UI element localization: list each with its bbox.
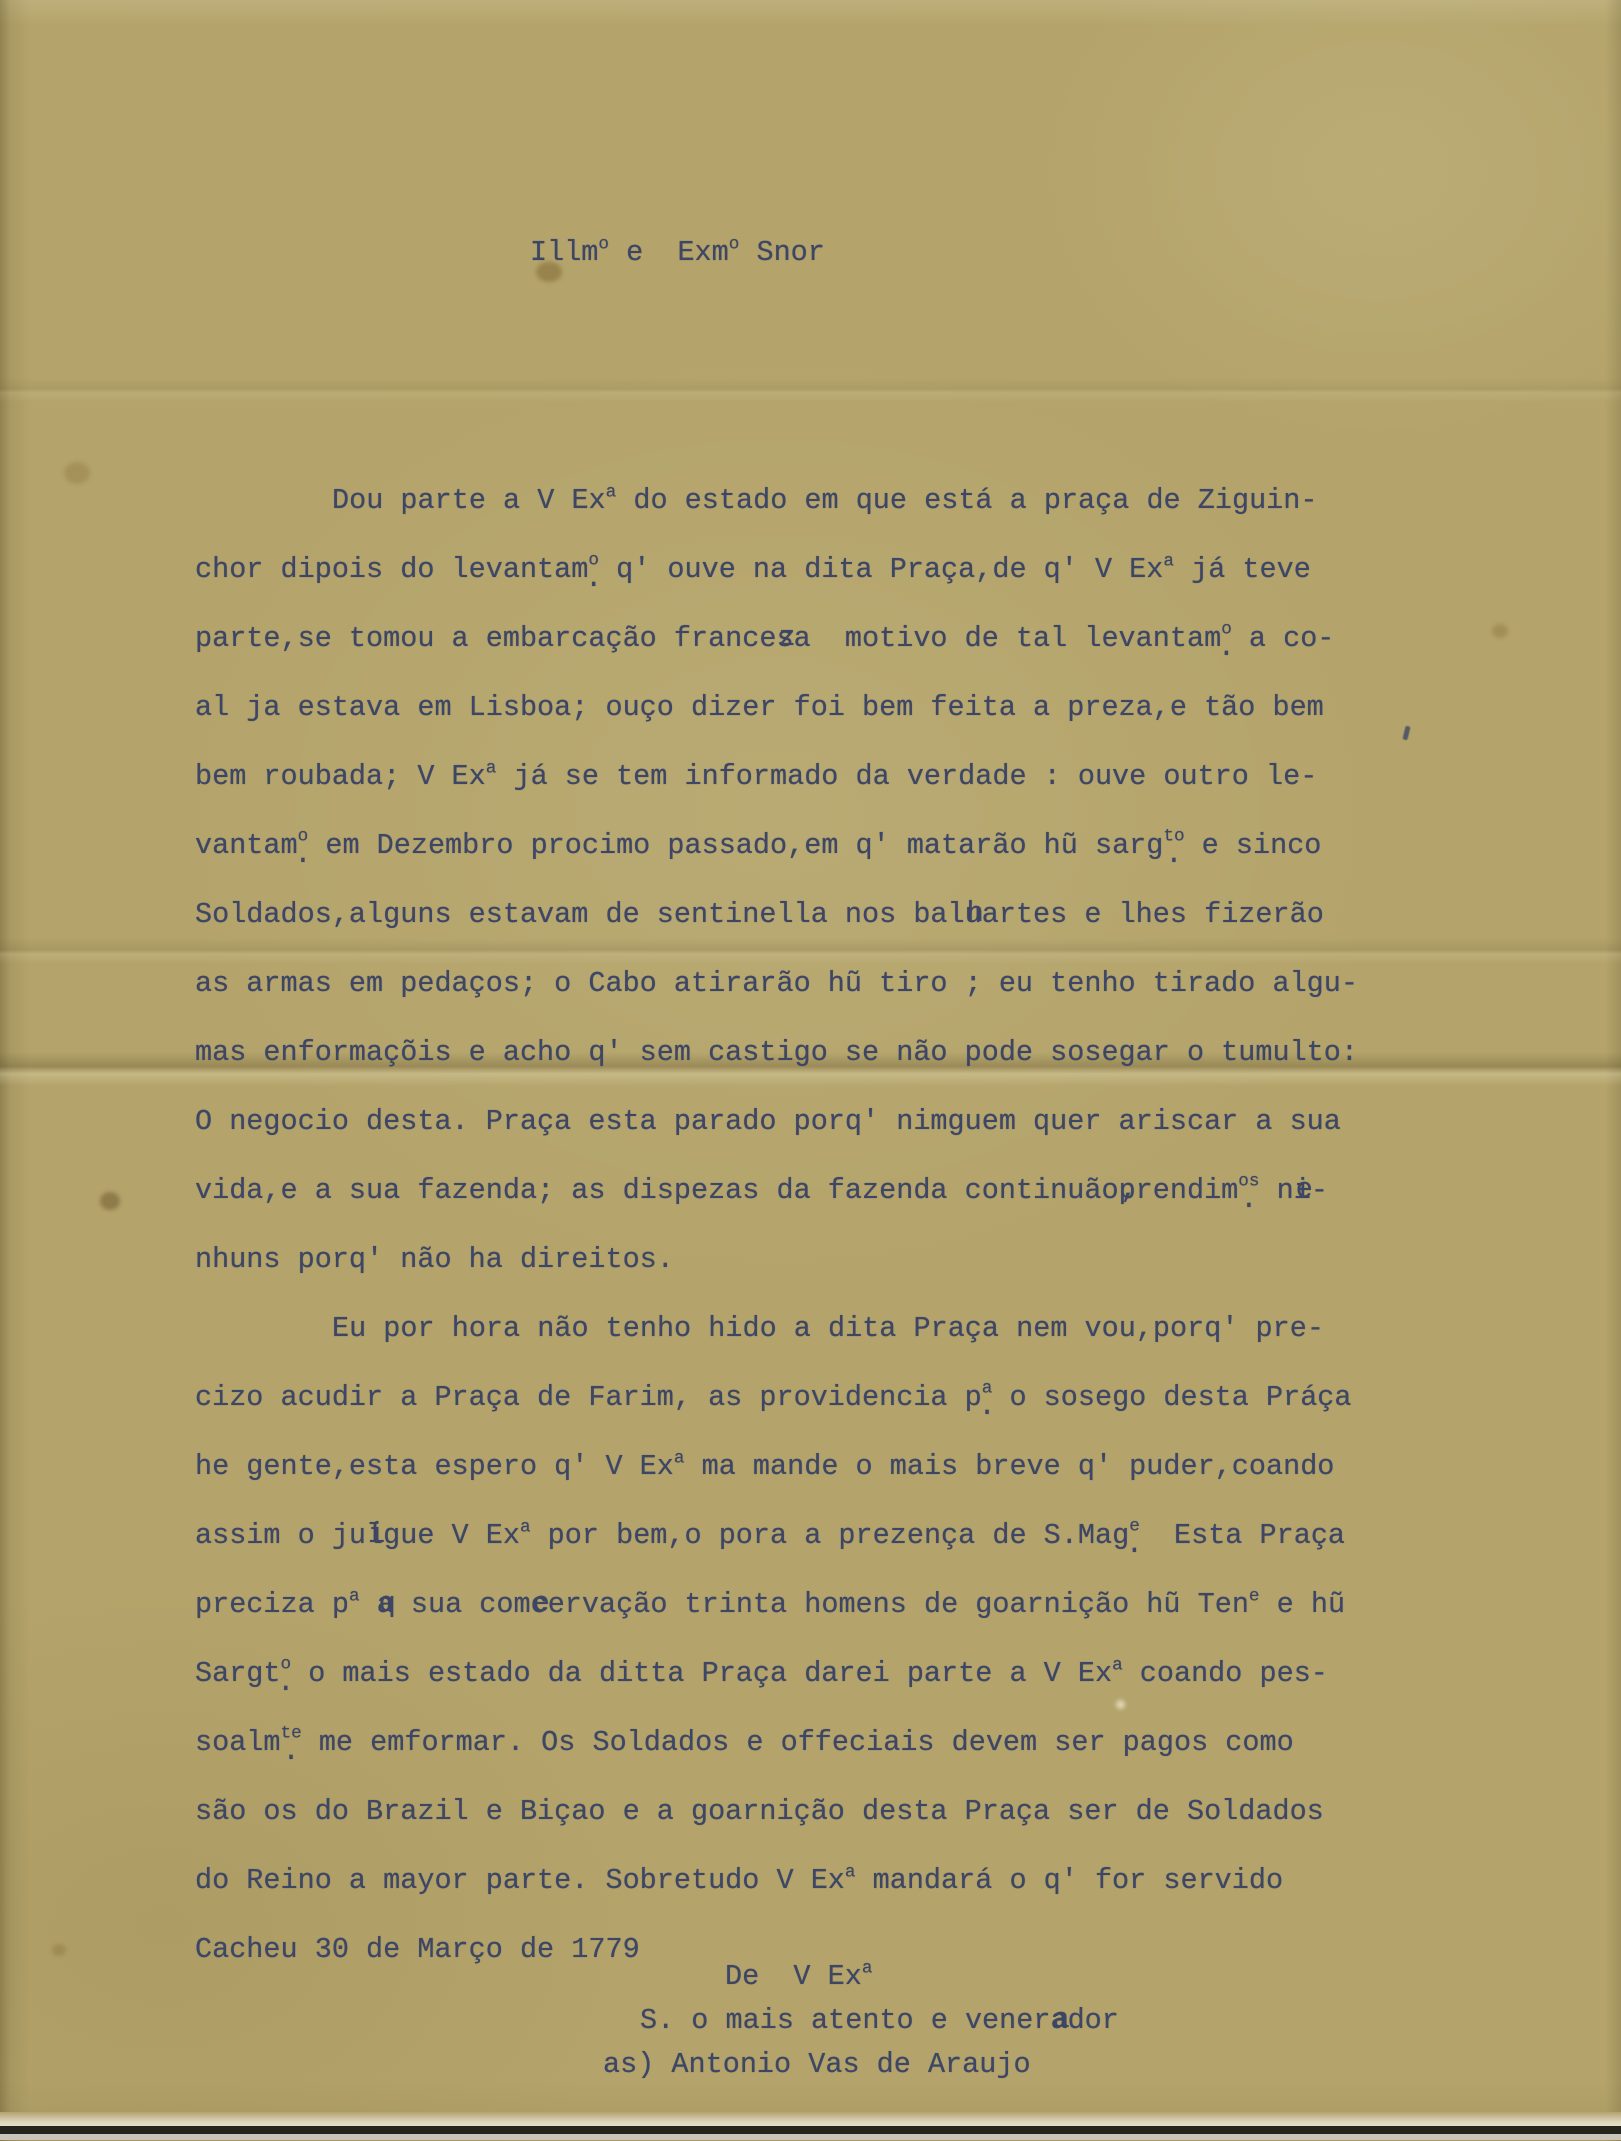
letter-line: Soldados,alguns estavam de sentinella no… bbox=[195, 880, 1615, 949]
letter-line: são os do Brazil e Biçao e a goarnição d… bbox=[195, 1777, 1615, 1846]
scan-background-strip bbox=[0, 2134, 1621, 2140]
superscript-abbrev: o. bbox=[1221, 604, 1232, 677]
superscript-abbrev: te. bbox=[281, 1708, 302, 1781]
letter-line: Eu por hora não tenho hido a dita Praça … bbox=[195, 1294, 1615, 1363]
paper-stain bbox=[100, 1192, 120, 1210]
letter-line: preciza pa aq sua comceervação trinta ho… bbox=[195, 1570, 1615, 1639]
overstrike-chars: ie bbox=[1294, 1156, 1311, 1225]
letter-line: cizo acudir a Praça de Farim, as provide… bbox=[195, 1363, 1615, 1432]
letter-line: as armas em pedaços; o Cabo atirarão hũ … bbox=[195, 949, 1615, 1018]
paper-stain bbox=[52, 1944, 66, 1956]
letter-page: Illmo e Exmo Snor Dou parte a V Exa do e… bbox=[0, 0, 1621, 2140]
signature-line: as) Antonio Vas de Araujo bbox=[603, 2044, 1031, 2086]
letter-line: soalmte. me emformar. Os Soldados e offe… bbox=[195, 1708, 1615, 1777]
letter-line: he gente,esta espero q' V Exa ma mande o… bbox=[195, 1432, 1615, 1501]
superscript: a bbox=[845, 1839, 856, 1908]
letter-line: Sargto. o mais estado da ditta Praça dar… bbox=[195, 1639, 1615, 1708]
superscript-abbrev: o. bbox=[298, 811, 309, 884]
letter-line: Cacheu 30 de Março de 1779 bbox=[195, 1915, 1615, 1984]
overstrike-chars: li bbox=[366, 1501, 383, 1570]
closing-compliment: S. o mais atento e veneraador bbox=[640, 2000, 1119, 2042]
overstrike-chars: uh bbox=[965, 880, 982, 949]
superscript-abbrev: e. bbox=[1129, 1501, 1140, 1574]
superscript-abbrev: o. bbox=[588, 535, 599, 608]
fold-crease-top bbox=[0, 378, 1621, 402]
page-bottom-edge-shadow bbox=[0, 2126, 1621, 2134]
superscript: o bbox=[729, 211, 740, 280]
superscript-abbrev: a. bbox=[982, 1363, 993, 1436]
superscript-abbrev: to. bbox=[1163, 811, 1184, 884]
overstrike-chars: aa bbox=[1050, 2000, 1067, 2042]
letter-line: vantamo. em Dezembro procimo passado,em … bbox=[195, 811, 1615, 880]
superscript: a bbox=[1112, 1632, 1123, 1701]
letter-line: mas enformaçõis e acho q' sem castigo se… bbox=[195, 1018, 1615, 1087]
letter-line: parte,se tomou a embarcação francesza mo… bbox=[195, 604, 1615, 673]
letter-line: vida,e a sua fazenda; as dispezas da faz… bbox=[195, 1156, 1615, 1225]
letter-line: do Reino a mayor parte. Sobretudo V Exa … bbox=[195, 1846, 1615, 1915]
superscript: a bbox=[486, 735, 497, 804]
superscript: a bbox=[674, 1425, 685, 1494]
letter-line: chor dipois do levantamo. q' ouve na dit… bbox=[195, 535, 1615, 604]
letter-body: Dou parte a V Exa do estado em que está … bbox=[195, 466, 1615, 1984]
letter-line: bem roubada; V Exa já se tem informado d… bbox=[195, 742, 1615, 811]
overstrike-chars: aq bbox=[377, 1570, 394, 1639]
superscript: a bbox=[520, 1494, 531, 1563]
letter-line: assim o juligue V Exa por bem,o pora a p… bbox=[195, 1501, 1615, 1570]
letter-line: O negocio desta. Praça esta parado porq'… bbox=[195, 1087, 1615, 1156]
letter-line: Dou parte a V Exa do estado em que está … bbox=[195, 466, 1615, 535]
overstrike-chars: p, bbox=[1119, 1156, 1136, 1225]
overstrike-chars: sz bbox=[777, 604, 794, 673]
page-bottom-edge-highlight bbox=[0, 2112, 1621, 2126]
superscript: e bbox=[1249, 1563, 1260, 1632]
paper-stain bbox=[64, 462, 90, 484]
superscript-abbrev: os. bbox=[1238, 1156, 1259, 1229]
superscript: a bbox=[349, 1563, 360, 1632]
letter-line: nhuns porq' não ha direitos. bbox=[195, 1225, 1615, 1294]
superscript: a bbox=[606, 459, 617, 528]
superscript: o bbox=[598, 211, 609, 280]
closing-salutation: De V Exa bbox=[725, 1956, 872, 1998]
letter-line: al ja estava em Lisboa; ouço dizer foi b… bbox=[195, 673, 1615, 742]
overstrike-chars: ce bbox=[531, 1570, 548, 1639]
superscript: a bbox=[1163, 528, 1174, 597]
superscript: a bbox=[862, 1948, 873, 1990]
letter-heading: Illmo e Exmo Snor bbox=[530, 218, 825, 287]
